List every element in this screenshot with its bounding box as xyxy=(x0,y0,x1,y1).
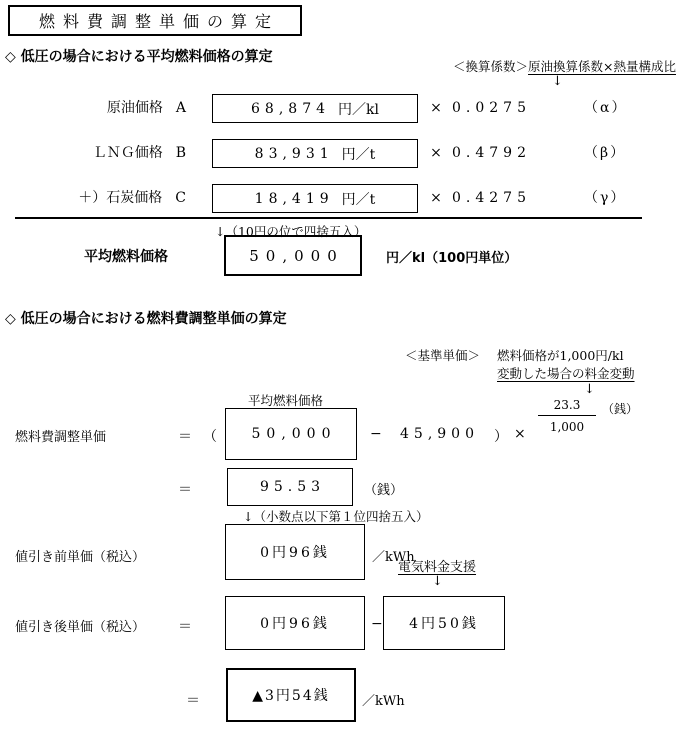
equals-sign: ＝ xyxy=(178,426,192,446)
down-arrow-icon: ↓ xyxy=(584,382,595,397)
fuel-price-value: 18,419 xyxy=(255,191,334,207)
fuel-price-unit: 円／t xyxy=(342,189,376,209)
coefficient-symbol: （β） xyxy=(584,139,626,168)
fraction-numerator: 23.3 xyxy=(538,398,596,416)
average-fuel-price-label: 平均燃料価格 xyxy=(84,246,168,266)
before-discount-box: 0円96銭 xyxy=(225,524,365,580)
base-unit-note-line1: 燃料価格が1,000円/kl xyxy=(497,346,624,364)
multiply-icon: × xyxy=(427,184,445,213)
support-amount-value: 4円50銭 xyxy=(409,613,479,633)
fraction-unit: （銭） xyxy=(602,400,638,417)
result-sen-value: 95.53 xyxy=(260,479,325,495)
avg-fuel-price-caption: 平均燃料価格 xyxy=(248,391,323,409)
conversion-factor-value: 0.4792 xyxy=(452,139,531,168)
open-paren: （ xyxy=(203,426,217,446)
equals-sign: ＝ xyxy=(178,616,192,636)
minus-sign: − xyxy=(371,616,383,632)
conversion-factor-note: ＜換算係数＞原油換算係数×熱量構成比 xyxy=(453,57,676,75)
average-fuel-price-value: 50,000 xyxy=(249,247,344,265)
after-discount-base-box: 0円96銭 xyxy=(225,596,365,650)
fuel-cost-adjustment-sheet: 燃料費調整単価の算定 ◇ 低圧の場合における平均燃料価格の算定 ＜換算係数＞原油… xyxy=(0,0,680,730)
page-title-text: 燃料費調整単価の算定 xyxy=(39,9,279,32)
section1-heading: ◇ 低圧の場合における平均燃料価格の算定 xyxy=(5,46,273,66)
fraction-denominator: 1,000 xyxy=(538,416,596,434)
fuel-letter: B xyxy=(176,145,186,161)
section2-heading: ◇ 低圧の場合における燃料費調整単価の算定 xyxy=(5,308,287,328)
minus-sign: − xyxy=(370,426,382,442)
close-paren: ） xyxy=(494,426,508,446)
average-fuel-price-unit: 円／kl（100円単位） xyxy=(386,247,517,266)
fuel-letter: C xyxy=(175,190,186,206)
after-discount-label: 値引き後単価（税込） xyxy=(15,616,145,635)
avg-fuel-price-value2: 50,000 xyxy=(252,426,337,442)
fuel-name: ＬＮＧ価格B xyxy=(0,139,186,168)
equals-sign: ＝ xyxy=(186,690,200,710)
fuel-adjustment-label: 燃料費調整単価 xyxy=(15,426,106,445)
fuel-name: 原油価格A xyxy=(0,94,186,123)
sum-line xyxy=(15,217,642,219)
conversion-factor-note-label: ＜換算係数＞ xyxy=(453,59,528,74)
fuel-letter: A xyxy=(176,100,186,116)
fuel-price-unit: 円／t xyxy=(342,144,376,164)
electricity-support-label: 電気料金支援 xyxy=(398,556,476,575)
coefficient-symbol: （α） xyxy=(584,94,627,123)
base-unit-fraction: 23.3 1,000 xyxy=(538,398,596,434)
down-arrow-icon: ↓ xyxy=(552,74,563,89)
fuel-price-box: 83,931 円／t xyxy=(212,139,418,168)
after-discount-base-value: 0円96銭 xyxy=(260,613,330,633)
fuel-price-box: 18,419 円／t xyxy=(212,184,418,213)
multiply-icon: × xyxy=(514,426,526,442)
conversion-factor-value: 0.4275 xyxy=(452,184,531,213)
base-unit-note-line2: 変動した場合の料金変動 xyxy=(497,364,635,382)
average-fuel-price-box: 50,000 xyxy=(224,235,362,276)
result-sen-unit: （銭） xyxy=(364,479,403,498)
final-unit-price-box: ▲3円54銭 xyxy=(226,668,356,722)
avg-fuel-price-box2: 50,000 xyxy=(225,408,357,460)
fuel-price-box: 68,874 円／kl xyxy=(212,94,418,123)
equals-sign: ＝ xyxy=(178,479,192,499)
down-arrow-icon: ↓ xyxy=(432,574,443,589)
support-amount-box: 4円50銭 xyxy=(383,596,505,650)
fuel-price-unit: 円／kl xyxy=(338,99,379,119)
multiply-icon: × xyxy=(427,139,445,168)
coefficient-symbol: （γ） xyxy=(584,184,626,213)
conversion-factor-note-formula: 原油換算係数×熱量構成比 xyxy=(528,59,676,74)
fuel-price-value: 68,874 xyxy=(251,101,330,117)
fuel-name: ＋）石炭価格C xyxy=(0,184,186,213)
base-fuel-price-value: 45,900 xyxy=(400,426,479,442)
before-discount-label: 値引き前単価（税込） xyxy=(15,546,145,565)
before-discount-value: 0円96銭 xyxy=(260,542,330,562)
fuel-price-value: 83,931 xyxy=(255,146,334,162)
final-unit-price-unit: ／kWh xyxy=(362,690,405,709)
base-unit-note-label: ＜基準単価＞ xyxy=(405,346,480,364)
multiply-icon: × xyxy=(427,94,445,123)
final-unit-price-value: ▲3円54銭 xyxy=(252,685,330,705)
rounding-note: ↓（小数点以下第１位四捨五入） xyxy=(243,507,428,525)
conversion-factor-value: 0.0275 xyxy=(452,94,531,123)
page-title: 燃料費調整単価の算定 xyxy=(8,5,302,36)
result-sen-box: 95.53 xyxy=(227,468,353,506)
